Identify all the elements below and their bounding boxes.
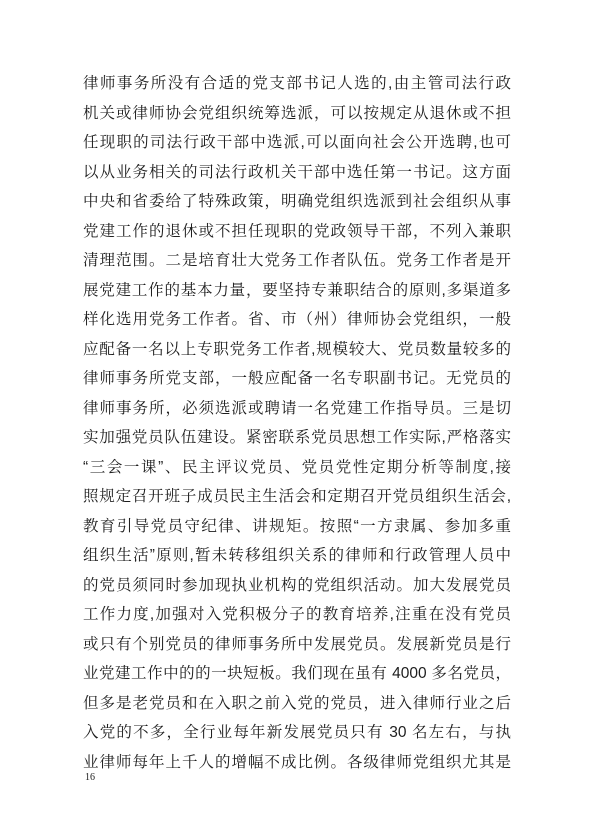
text-line: 实加强党员队伍建设。紧密联系党员思想工作实际,严格落实 [83,423,511,453]
body-text: 律师事务所没有合适的党支部书记人选的,由主管司法行政机关或律师协会党组织统筹选派… [83,69,511,777]
document-page: 律师事务所没有合适的党支部书记人选的,由主管司法行政机关或律师协会党组织统筹选派… [0,0,591,839]
text-line: 照规定召开班子成员民主生活会和定期召开党员组织生活会, [83,482,511,512]
text-line: 党建工作的退休或不担任现职的党政领导干部，不列入兼职 [83,217,511,247]
text-line: 以从业务相关的司法行政机关干部中选任第一书记。这方面 [83,158,511,188]
text-line: “三会一课”、民主评议党员、党员党性定期分析等制度,接 [83,453,511,483]
text-line: 业律师每年上千人的增幅不成比例。各级律师党组织尤其是 [83,748,511,778]
text-line: 应配备一名以上专职党务工作者,规模较大、党员数量较多的 [83,335,511,365]
text-line: 或只有个别党员的律师事务所中发展党员。发展新党员是行 [83,630,511,660]
text-line: 中央和省委给了特殊政策，明确党组织选派到社会组织从事 [83,187,511,217]
text-line: 入党的不多，全行业每年新发展党员只有 30 名左右，与执 [83,718,511,748]
text-line: 清理范围。二是培育壮大党务工作者队伍。党务工作者是开 [83,246,511,276]
text-line: 但多是老党员和在入职之前入党的党员，进入律师行业之后 [83,689,511,719]
text-line: 律师事务所党支部，一般应配备一名专职副书记。无党员的 [83,364,511,394]
text-line: 机关或律师协会党组织统筹选派，可以按规定从退休或不担 [83,99,511,129]
text-line: 样化选用党务工作者。省、市（州）律师协会党组织，一般 [83,305,511,335]
text-line: 律师事务所，必须选派或聘请一名党建工作指导员。三是切 [83,394,511,424]
text-line: 业党建工作中的的一块短板。我们现在虽有 4000 多名党员， [83,659,511,689]
text-line: 任现职的司法行政干部中选派,可以面向社会公开选聘,也可 [83,128,511,158]
text-line: 组织生活”原则,暂未转移组织关系的律师和行政管理人员中 [83,541,511,571]
text-line: 展党建工作的基本力量，要坚持专兼职结合的原则,多渠道多 [83,276,511,306]
text-line: 的党员须同时参加现执业机构的党组织活动。加大发展党员 [83,571,511,601]
text-line: 教育引导党员守纪律、讲规矩。按照“一方隶属、参加多重 [83,512,511,542]
page-number: 16 [85,772,95,784]
text-line: 工作力度,加强对入党积极分子的教育培养,注重在没有党员 [83,600,511,630]
text-line: 律师事务所没有合适的党支部书记人选的,由主管司法行政 [83,69,511,99]
